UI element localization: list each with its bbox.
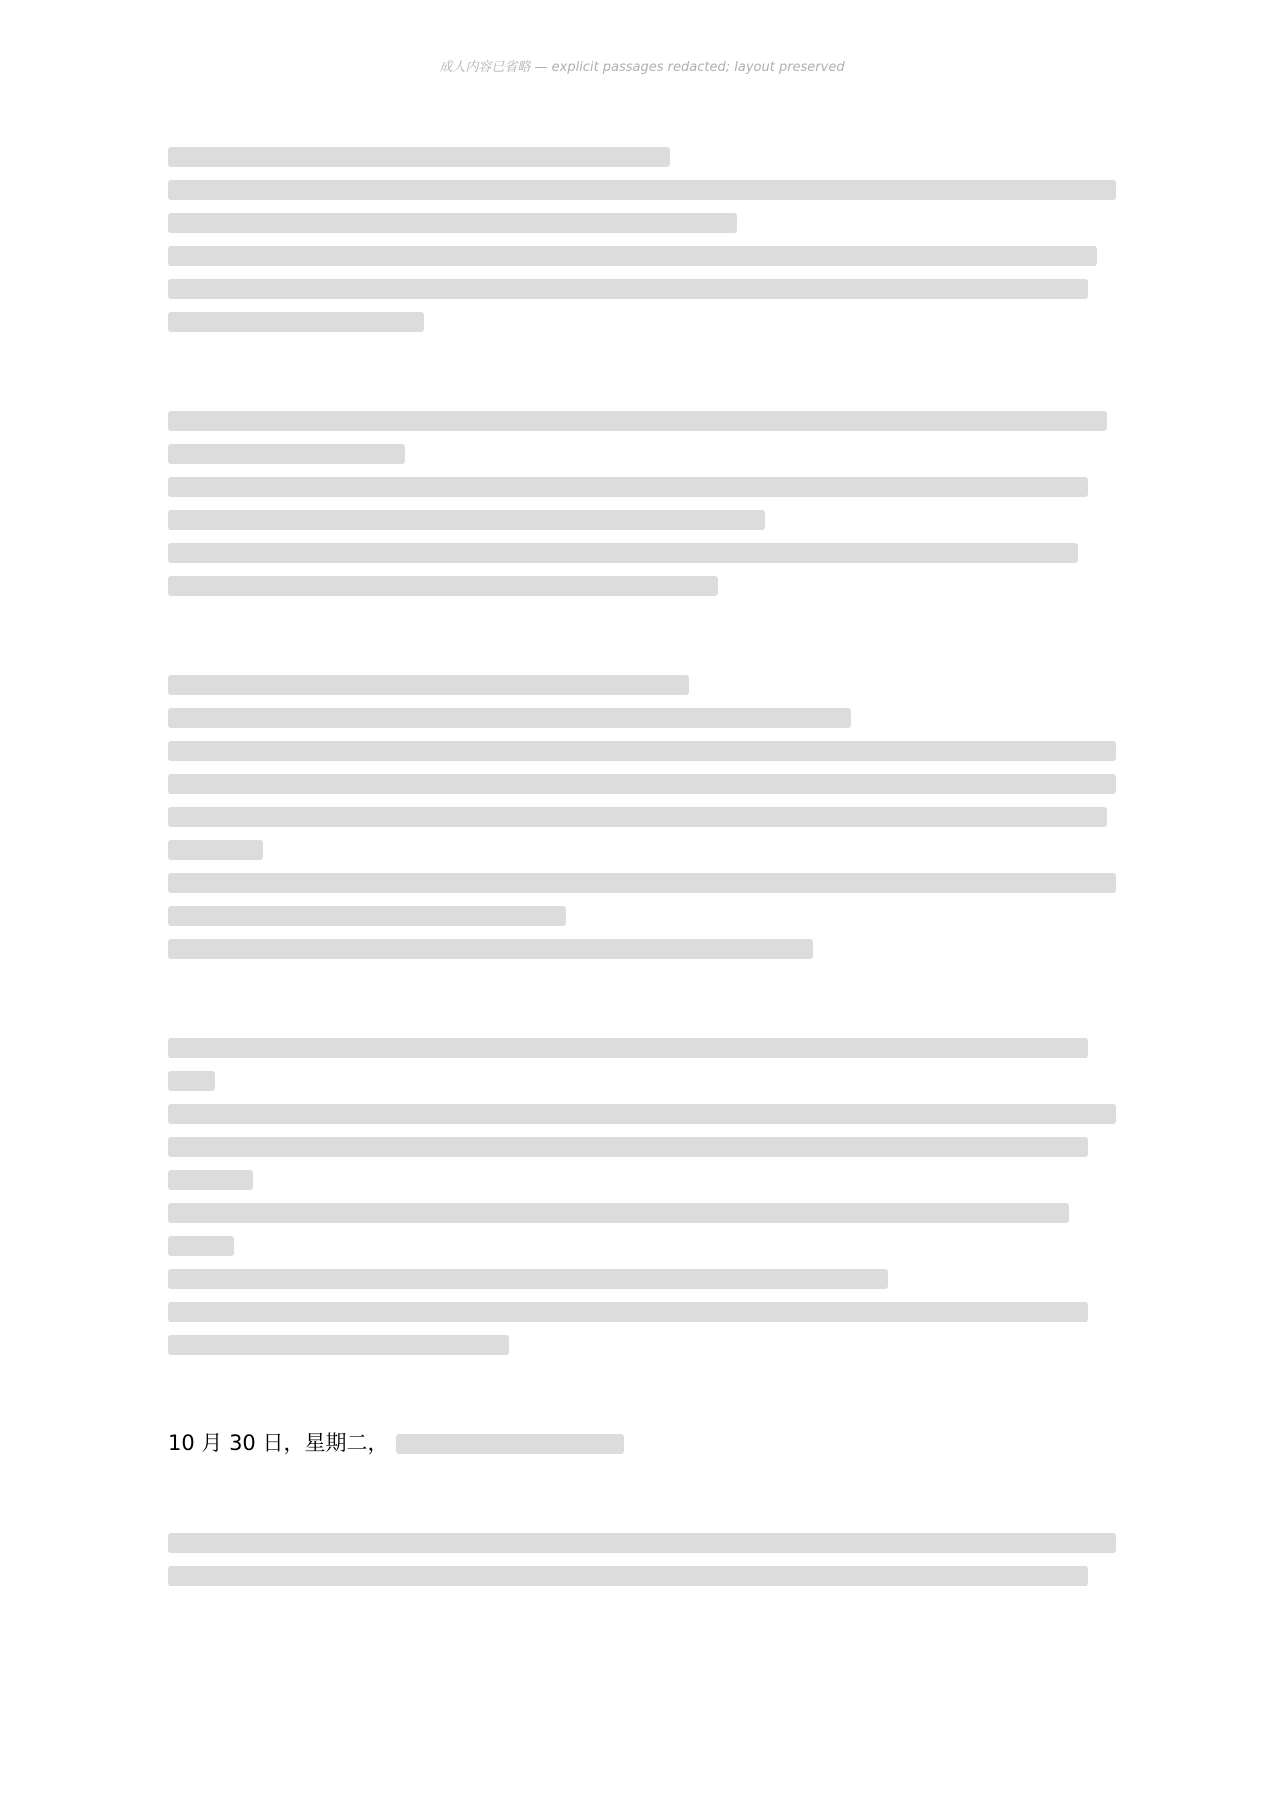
redacted-text-line	[168, 206, 1116, 239]
date-line: 10 月 30 日，星期二，	[168, 1427, 1116, 1460]
redaction-bar	[396, 1434, 624, 1454]
redaction-bar	[168, 180, 1116, 200]
redaction-bar	[168, 312, 424, 332]
document-content: 10 月 30 日，星期二，	[168, 140, 1116, 1658]
redaction-bar	[168, 1104, 1116, 1124]
redacted-text-line	[168, 437, 1116, 470]
redaction-bar	[168, 510, 765, 530]
redacted-text-line	[168, 899, 1116, 932]
redacted-text-line	[168, 866, 1116, 899]
redacted-text-line	[168, 140, 1116, 173]
redacted-text-line	[168, 1526, 1116, 1559]
redaction-bar	[168, 1533, 1116, 1553]
redaction-bar	[168, 576, 718, 596]
redacted-text-line	[168, 932, 1116, 965]
redaction-bar	[168, 1170, 253, 1190]
redacted-text-line	[168, 1262, 1116, 1295]
redacted-text-line	[168, 1196, 1116, 1229]
redaction-bar	[168, 1038, 1088, 1058]
paragraph-group	[168, 1031, 1116, 1361]
redaction-bar	[168, 1236, 234, 1256]
redacted-text-line	[168, 272, 1116, 305]
redacted-text-line	[168, 1229, 1116, 1262]
redacted-text-line	[168, 833, 1116, 866]
redacted-text-line	[168, 1097, 1116, 1130]
paragraph-group	[168, 1526, 1116, 1592]
redaction-bar	[168, 906, 566, 926]
redaction-bar	[168, 873, 1116, 893]
redacted-text-line	[168, 503, 1116, 536]
redacted-text-line	[168, 800, 1116, 833]
redaction-notice: 成人内容已省略 — explicit passages redacted; la…	[168, 56, 1116, 75]
redaction-bar	[168, 1269, 888, 1289]
redacted-text-line	[168, 1328, 1116, 1361]
redaction-bar	[168, 1137, 1088, 1157]
redacted-text-line	[168, 1163, 1116, 1196]
redaction-bar	[168, 246, 1097, 266]
paragraph-group	[168, 668, 1116, 965]
redaction-bar	[168, 477, 1088, 497]
redacted-text-line	[168, 1559, 1116, 1592]
paragraph-group	[168, 404, 1116, 602]
redacted-text-line	[168, 536, 1116, 569]
redaction-bar	[168, 1335, 509, 1355]
date-text: 10 月 30 日，星期二，	[168, 1427, 388, 1460]
redacted-text-line	[168, 305, 1116, 338]
redaction-bar	[168, 1071, 215, 1091]
redacted-text-line	[168, 767, 1116, 800]
redacted-text-line	[168, 1064, 1116, 1097]
redacted-text-line	[168, 668, 1116, 701]
redacted-text-line	[168, 1031, 1116, 1064]
redaction-bar	[168, 741, 1116, 761]
redacted-text-line	[168, 404, 1116, 437]
redaction-bar	[168, 543, 1078, 563]
redaction-bar	[168, 840, 263, 860]
redacted-text-line	[168, 569, 1116, 602]
paragraph-group	[168, 140, 1116, 338]
redaction-bar	[168, 939, 813, 959]
paragraph-group: 10 月 30 日，星期二，	[168, 1427, 1116, 1460]
redaction-bar	[168, 675, 689, 695]
redaction-bar	[168, 1302, 1088, 1322]
redaction-bar	[168, 1203, 1069, 1223]
redacted-text-line	[168, 470, 1116, 503]
redaction-bar	[168, 279, 1088, 299]
redaction-bar	[168, 213, 737, 233]
redacted-text-line	[168, 173, 1116, 206]
redacted-text-line	[168, 734, 1116, 767]
redaction-bar	[168, 1566, 1088, 1586]
redaction-bar	[168, 147, 670, 167]
redaction-bar	[168, 807, 1107, 827]
redaction-bar	[168, 444, 405, 464]
redaction-bar	[168, 411, 1107, 431]
redaction-bar	[168, 774, 1116, 794]
redacted-text-line	[168, 1295, 1116, 1328]
redaction-bar	[168, 708, 851, 728]
document-page: 成人内容已省略 — explicit passages redacted; la…	[0, 0, 1280, 1810]
redacted-text-line	[168, 701, 1116, 734]
redacted-text-line	[168, 1130, 1116, 1163]
redacted-text-line	[168, 239, 1116, 272]
